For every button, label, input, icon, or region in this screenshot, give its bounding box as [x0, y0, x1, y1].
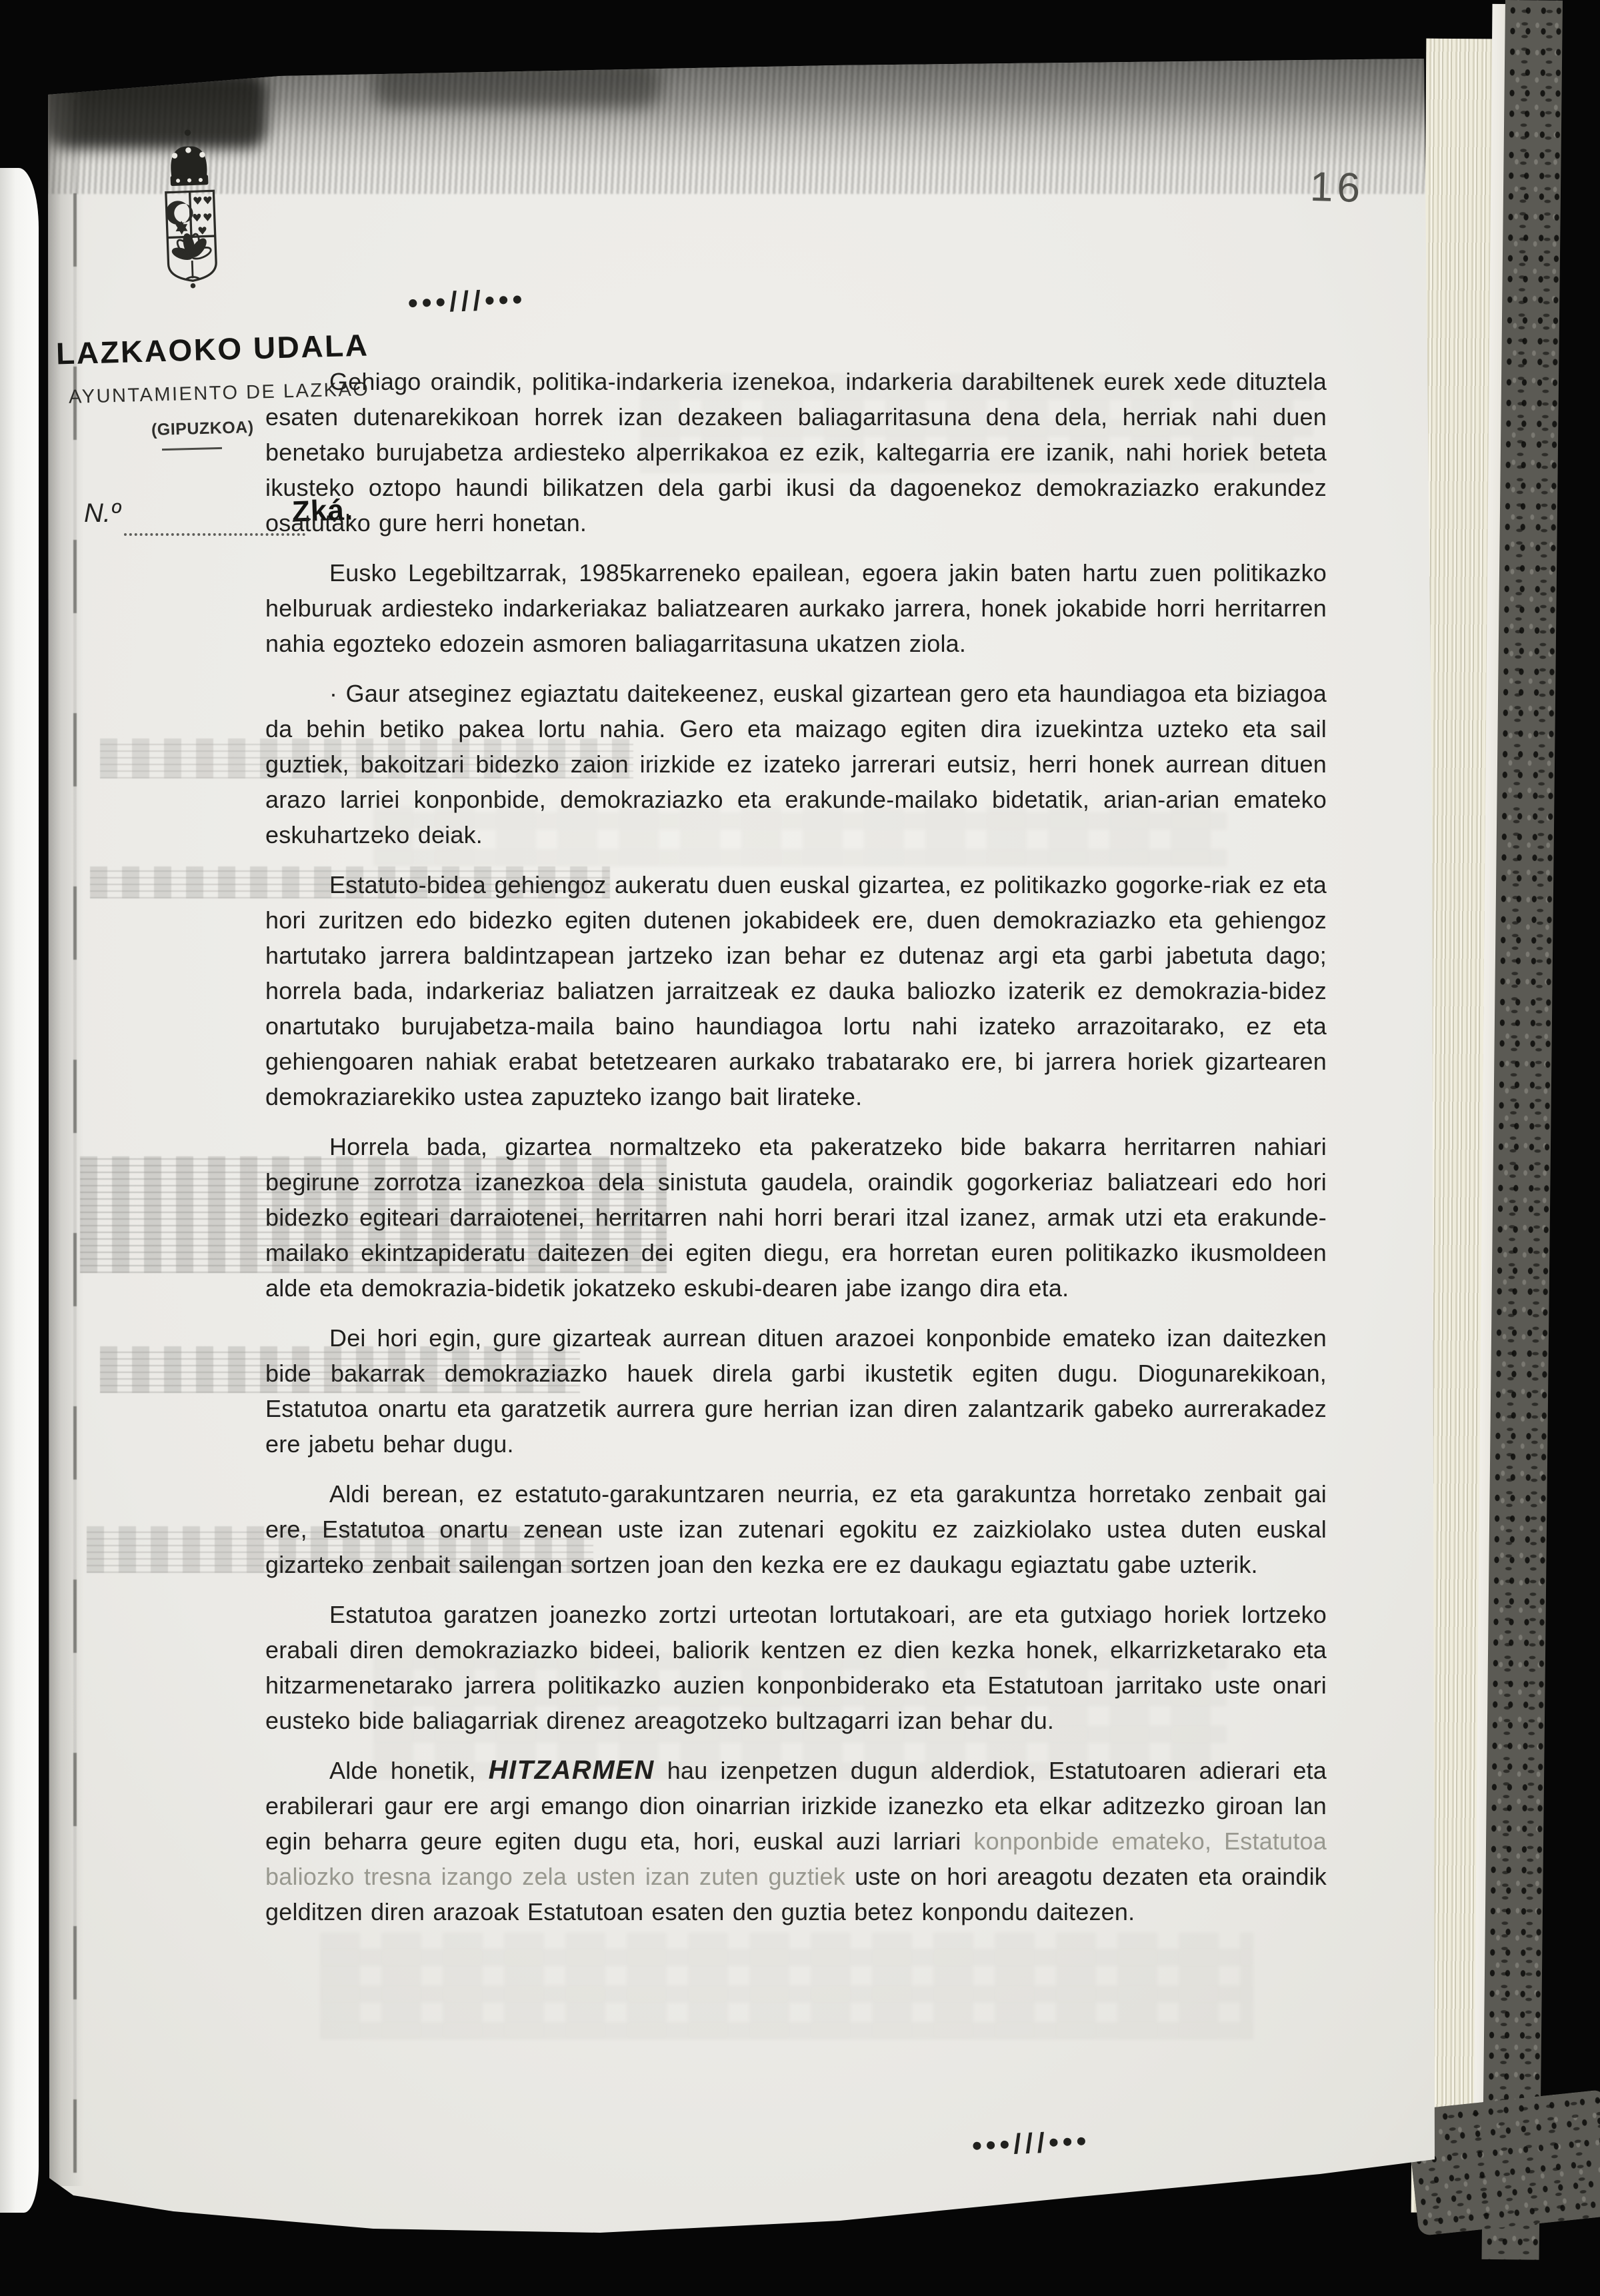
closing-paragraph: Alde honetik, HITZARMEN hau izenpetzen d…: [265, 1753, 1327, 1929]
body-paragraph: Eusko Legebiltzarrak, 1985karreneko epai…: [265, 555, 1327, 661]
body-paragraph: Aldi berean, ez estatuto-garakuntzaren n…: [265, 1476, 1327, 1582]
body-paragraph: · Gaur atseginez egiaztatu daitekeenez, …: [265, 676, 1327, 852]
bleedthrough-text-smudge: [320, 1933, 1253, 2039]
municipal-crest-icon: [143, 120, 238, 317]
reference-number-label: N.º: [84, 499, 121, 529]
continuation-mark-bottom: •••///•••: [971, 2125, 1091, 2162]
letter-body: Gehiago oraindik, politika-indarkeria iz…: [265, 364, 1327, 1944]
page-number: 16: [1309, 163, 1365, 212]
letterhead-province: (GIPUZKOA): [151, 418, 254, 440]
opposite-page-edge: [0, 168, 39, 2213]
hitzarmen-emphasis: HITZARMEN: [489, 1755, 655, 1785]
book-cover-corner: [1406, 2089, 1600, 2236]
body-paragraph: Estatutoa garatzen joanezko zortzi urteo…: [265, 1597, 1327, 1738]
scanned-book-page: LAZKAOKO UDALA AYUNTAMIENTO DE LAZKAO (G…: [0, 0, 1600, 2296]
scan-dark-blotch: [373, 61, 660, 108]
continuation-mark-top: •••///•••: [407, 283, 527, 319]
body-paragraph: Dei hori egin, gure gizarteak aurrean di…: [265, 1320, 1327, 1462]
gutter-crease: [73, 100, 77, 2173]
body-paragraph: Gehiago oraindik, politika-indarkeria iz…: [265, 364, 1327, 541]
body-paragraph: Estatuto-bidea gehiengoz aukeratu duen e…: [265, 867, 1327, 1114]
closing-lead: Alde honetik,: [329, 1757, 489, 1784]
body-paragraph: Horrela bada, gizartea normaltzeko eta p…: [265, 1129, 1327, 1306]
